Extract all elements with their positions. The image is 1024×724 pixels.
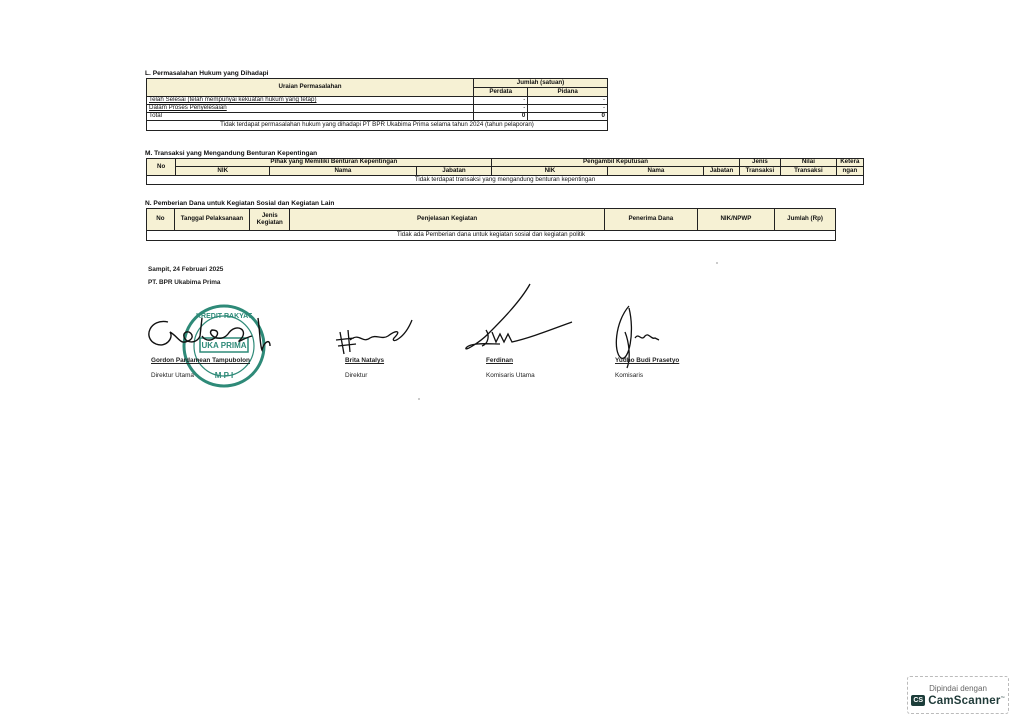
col-party-group-header: Pihak yang Memiliki Benturan Kepentingan — [176, 159, 492, 167]
signatory-role: Komisaris Utama — [486, 372, 535, 379]
col-note-header-2: ngan — [836, 167, 863, 176]
col-activity-type-header: Jenis Kegiatan — [250, 209, 290, 231]
conflict-of-interest-table: No Pihak yang Memiliki Benturan Kepentin… — [146, 158, 864, 185]
signatory-role: Direktur Utama — [151, 372, 194, 379]
row-label: Dalam Proses Penyelesaian — [147, 105, 474, 113]
section-n-note: Tidak ada Pemberian dana untuk kegiatan … — [147, 231, 836, 241]
col-criminal-header: Pidana — [528, 88, 608, 97]
signature-icon — [332, 310, 422, 360]
watermark-brand: CamScanner™ — [928, 695, 1005, 707]
signature-icon — [460, 282, 580, 360]
section-l-note: Tidak terdapat permasalahan hukum yang d… — [147, 121, 608, 131]
col-type-header-2: Transaksi — [739, 167, 780, 176]
signatory-role: Direktur — [345, 372, 367, 379]
scan-artifact — [418, 398, 420, 400]
col-nik-header: NIK — [176, 167, 270, 176]
place-date: Sampit, 24 Februari 2025 — [148, 266, 223, 273]
signatory-name: Yudho Budi Prasetyo — [615, 357, 679, 364]
signatory-role: Komisaris — [615, 372, 643, 379]
col-value-header-1: Nilai — [781, 159, 837, 167]
row-criminal-value: - — [528, 97, 608, 105]
camscanner-watermark: Dipindai dengan CS CamScanner™ — [907, 676, 1009, 714]
watermark-brand-text: CamScanner — [928, 695, 1000, 707]
row-civil-value: - — [474, 105, 528, 113]
col-no-header: No — [147, 159, 176, 176]
row-criminal-value: 0 — [528, 113, 608, 121]
col-decision-group-header: Pengambil Keputusan — [492, 159, 739, 167]
company-name: PT. BPR Ukabima Prima — [148, 279, 220, 286]
table-row-total: Total 0 0 — [147, 113, 608, 121]
legal-issues-table: Uraian Permasalahan Jumlah (satuan) Perd… — [146, 78, 608, 131]
col-note-header-1: Ketera — [836, 159, 863, 167]
section-m-note: Tidak terdapat transaksi yang mengandung… — [147, 176, 864, 185]
watermark-caption: Dipindai dengan — [929, 684, 987, 694]
svg-text:M P I: M P I — [215, 371, 234, 380]
row-criminal-value: - — [528, 105, 608, 113]
section-l-title: L. Permasalahan Hukum yang Dihadapi — [145, 70, 269, 77]
signatory-name: Gordon Pardamean Tampubolon — [151, 357, 250, 364]
row-civil-value: - — [474, 97, 528, 105]
col-description-header: Penjelasan Kegiatan — [290, 209, 605, 231]
signatory-name: Ferdinan — [486, 357, 513, 364]
social-funding-table: No Tanggal Pelaksanaan Jenis Kegiatan Pe… — [146, 208, 836, 241]
table-row: Dalam Proses Penyelesaian - - — [147, 105, 608, 113]
signature-icon — [140, 308, 290, 358]
col-activity-type-line-2: Kegiatan — [257, 219, 283, 226]
col-value-header-2: Transaksi — [781, 167, 837, 176]
col-amount-group-header: Jumlah (satuan) — [474, 79, 608, 88]
col-type-header-1: Jenis — [739, 159, 780, 167]
section-m-title: M. Transaksi yang Mengandung Benturan Ke… — [145, 150, 317, 157]
col-civil-header: Perdata — [474, 88, 528, 97]
col-name2-header: Nama — [608, 167, 704, 176]
signatory-name: Brita Natalys — [345, 357, 384, 364]
col-position-header: Jabatan — [416, 167, 492, 176]
scanned-document-page: L. Permasalahan Hukum yang Dihadapi Urai… — [0, 0, 1024, 724]
col-position2-header: Jabatan — [704, 167, 739, 176]
scan-artifact — [716, 262, 718, 264]
camscanner-logo-icon: CS — [911, 695, 925, 706]
col-no-header: No — [147, 209, 175, 231]
col-name-header: Nama — [270, 167, 416, 176]
row-civil-value: 0 — [474, 113, 528, 121]
col-amount-header: Jumlah (Rp) — [775, 209, 836, 231]
col-date-header: Tanggal Pelaksanaan — [174, 209, 249, 231]
col-nik-npwp-header: NIK/NPWP — [697, 209, 774, 231]
col-description-header: Uraian Permasalahan — [147, 79, 474, 97]
section-n-title: N. Pemberian Dana untuk Kegiatan Sosial … — [145, 200, 334, 207]
col-nik2-header: NIK — [492, 167, 608, 176]
row-label: Total — [147, 113, 474, 121]
col-recipient-header: Penerima Dana — [604, 209, 697, 231]
